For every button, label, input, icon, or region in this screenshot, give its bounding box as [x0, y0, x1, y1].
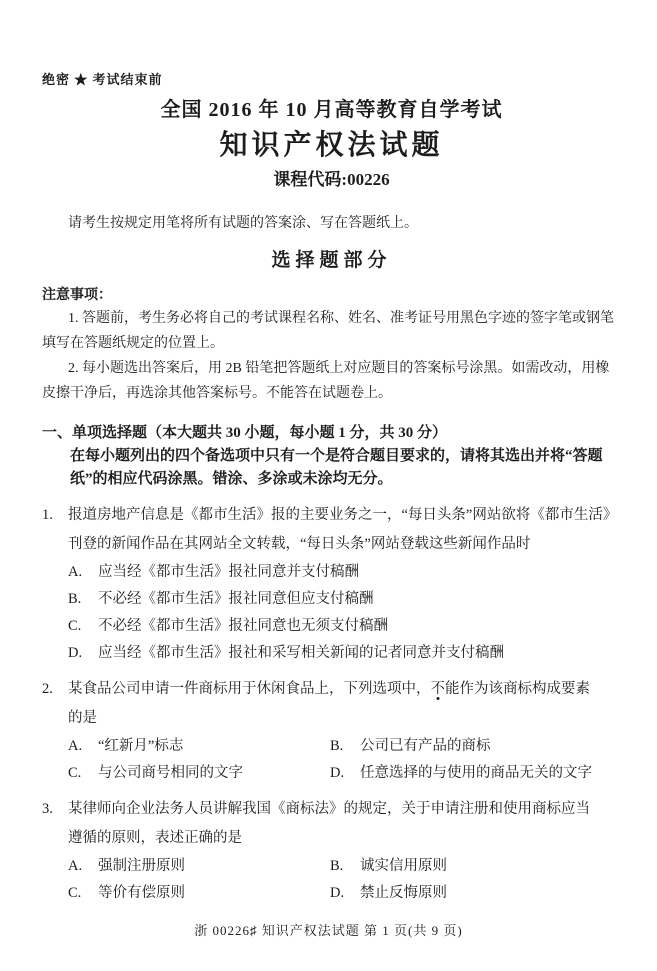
option-text: “红新月”标志: [98, 733, 183, 760]
option-text: 等价有偿原则: [98, 880, 185, 907]
answer-instruction: 请考生按规定用笔将所有试题的答案涂、写在答题纸上。: [42, 214, 621, 234]
option-text: 与公司商号相同的文字: [98, 760, 243, 787]
exam-page: 绝密 ★ 考试结束前 全国 2016 年 10 月高等教育自学考试 知识产权法试…: [0, 0, 657, 971]
option-text: 应当经《都市生活》报社和采写相关新闻的记者同意并支付稿酬: [98, 640, 504, 667]
part-one-description: 在每小题列出的四个备选项中只有一个是符合题目要求的，请将其选出并将“答题 纸”的…: [42, 445, 621, 491]
question-3-option-c: C. 等价有偿原则: [68, 880, 330, 907]
option-text: 不必经《都市生活》报社同意但应支付稿酬: [98, 586, 374, 613]
question-1-option-c: C. 不必经《都市生活》报社同意也无须支付稿酬: [68, 613, 621, 640]
option-text: 任意选择的与使用的商品无关的文字: [360, 760, 592, 787]
question-1-options: A. 应当经《都市生活》报社同意并支付稿酬 B. 不必经《都市生活》报社同意但应…: [42, 559, 621, 667]
question-2: 2. 某食品公司申请一件商标用于休闲食品上，下列选项中，不能作为该商标构成要素 …: [42, 675, 621, 787]
option-label: A.: [68, 559, 98, 586]
note-item-1: 1. 答题前，考生务必将自己的考试课程名称、姓名、准考证号用黑色字迹的签字笔或钢…: [42, 306, 621, 356]
question-2-option-c: C. 与公司商号相同的文字: [68, 760, 330, 787]
question-3-text-line: 某律师向企业法务人员讲解我国《商标法》的规定，关于申请注册和使用商标应当: [68, 795, 621, 824]
subject-title: 知识产权法试题: [42, 126, 621, 166]
option-label: D.: [68, 640, 98, 667]
option-label: A.: [68, 853, 98, 880]
note-line: 2. 每小题选出答案后，用 2B 铅笔把答题纸上对应题目的答案标号涂黑。如需改动…: [42, 356, 621, 381]
option-label: B.: [330, 733, 360, 760]
question-1-option-a: A. 应当经《都市生活》报社同意并支付稿酬: [68, 559, 621, 586]
emphasized-char: 不: [431, 681, 446, 697]
question-2-text-post: 能作为该商标构成要素: [445, 681, 590, 697]
part-one-description-line: 纸”的相应代码涂黑。错涂、多涂或未涂均无分。: [42, 468, 621, 491]
question-1: 1. 报道房地产信息是《都市生活》报的主要业务之一，“每日头条”网站欲将《都市生…: [42, 501, 621, 667]
question-3-options: A. 强制注册原则 B. 诚实信用原则 C. 等价有偿原则 D. 禁止反悔原则: [42, 853, 621, 907]
option-text: 公司已有产品的商标: [360, 733, 491, 760]
question-2-text-line: 的是: [68, 704, 621, 733]
security-notice: 绝密 ★ 考试结束前: [42, 72, 621, 88]
option-label: B.: [330, 853, 360, 880]
question-3-text-line: 遵循的原则，表述正确的是: [68, 824, 621, 853]
note-line: 皮擦干净后，再选涂其他答案标号。不能答在试题卷上。: [42, 381, 621, 406]
question-2-option-a: A. “红新月”标志: [68, 733, 330, 760]
question-1-text-line: 刊登的新闻作品在其网站全文转载，“每日头条”网站登载这些新闻作品时: [68, 530, 621, 559]
page-footer: 浙 00226♯ 知识产权法试题 第 1 页(共 9 页): [0, 920, 657, 939]
option-text: 诚实信用原则: [360, 853, 447, 880]
question-3-option-b: B. 诚实信用原则: [330, 853, 621, 880]
question-2-text-line: 某食品公司申请一件商标用于休闲食品上，下列选项中，不能作为该商标构成要素: [68, 675, 621, 704]
question-1-text-line: 报道房地产信息是《都市生活》报的主要业务之一，“每日头条”网站欲将《都市生活》: [68, 501, 621, 530]
option-label: B.: [68, 586, 98, 613]
question-2-options: A. “红新月”标志 B. 公司已有产品的商标 C. 与公司商号相同的文字 D.…: [42, 733, 621, 787]
option-label: D.: [330, 880, 360, 907]
question-1-option-b: B. 不必经《都市生活》报社同意但应支付稿酬: [68, 586, 621, 613]
option-text: 强制注册原则: [98, 853, 185, 880]
option-label: C.: [68, 613, 98, 640]
session-title: 全国 2016 年 10 月高等教育自学考试: [42, 96, 621, 124]
part-one-description-line: 在每小题列出的四个备选项中只有一个是符合题目要求的，请将其选出并将“答题: [42, 445, 621, 468]
note-item-2: 2. 每小题选出答案后，用 2B 铅笔把答题纸上对应题目的答案标号涂黑。如需改动…: [42, 356, 621, 406]
note-line: 填写在答题纸规定的位置上。: [42, 331, 621, 356]
question-2-number: 2.: [42, 675, 68, 733]
note-line: 1. 答题前，考生务必将自己的考试课程名称、姓名、准考证号用黑色字迹的签字笔或钢…: [42, 306, 621, 331]
question-2-text-pre: 某食品公司申请一件商标用于休闲食品上，下列选项中，: [68, 681, 431, 697]
option-label: C.: [68, 760, 98, 787]
notes-heading: 注意事项：: [42, 286, 621, 306]
option-label: D.: [330, 760, 360, 787]
option-text: 应当经《都市生活》报社同意并支付稿酬: [98, 559, 359, 586]
question-2-option-d: D. 任意选择的与使用的商品无关的文字: [330, 760, 621, 787]
option-label: A.: [68, 733, 98, 760]
course-code: 课程代码:00226: [42, 168, 621, 192]
question-3-option-d: D. 禁止反悔原则: [330, 880, 621, 907]
option-text: 禁止反悔原则: [360, 880, 447, 907]
question-2-option-b: B. 公司已有产品的商标: [330, 733, 621, 760]
option-label: C.: [68, 880, 98, 907]
section-title: 选择题部分: [42, 248, 621, 274]
question-3-option-a: A. 强制注册原则: [68, 853, 330, 880]
question-3-number: 3.: [42, 795, 68, 853]
question-1-option-d: D. 应当经《都市生活》报社和采写相关新闻的记者同意并支付稿酬: [68, 640, 621, 667]
question-3: 3. 某律师向企业法务人员讲解我国《商标法》的规定，关于申请注册和使用商标应当 …: [42, 795, 621, 907]
option-text: 不必经《都市生活》报社同意也无须支付稿酬: [98, 613, 388, 640]
question-1-number: 1.: [42, 501, 68, 559]
part-one-heading: 一、单项选择题（本大题共 30 小题，每小题 1 分，共 30 分）: [42, 422, 621, 445]
